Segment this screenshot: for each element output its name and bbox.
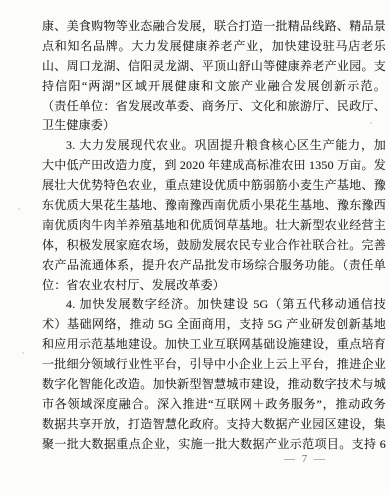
scan-speck xyxy=(370,122,372,124)
text-line: 持信阳“两湖”区域开展健康和文旅产业融合发展创新示范。 xyxy=(42,77,386,97)
text-line: 体，积极发展家庭农场，鼓励发展农民专业合作社联合社。完善 xyxy=(42,236,386,256)
text-line: 位：省农业农村厅、发展改革委） xyxy=(42,276,386,296)
text-line: 大中低产田改造力度，到 2020 年建成高标准农田 1350 万亩。发 xyxy=(42,156,386,176)
paragraph-digital-economy: 4. 加快发展数字经济。加快建设 5G（第五代移动通信技 术）基础网络，推动 5… xyxy=(42,295,386,454)
text-line: 展壮大优势特色农业，重点建设优质中筋弱筋小麦生产基地、豫 xyxy=(42,176,386,196)
text-line: 南优质肉牛肉羊养殖基地和优质饲草基地。壮大新型农业经营主 xyxy=(42,216,386,236)
scan-speck xyxy=(18,208,20,210)
page-number: — 7 — xyxy=(42,452,327,466)
text-line: 康、美食购物等业态融合发展，联合打造一批精品线路、精品景 xyxy=(42,17,386,37)
text-line: 点和知名品牌。大力发展健康养老产业，加快建设驻马店老乐 xyxy=(42,37,386,57)
scan-speck xyxy=(374,344,376,346)
document-body: 康、美食购物等业态融合发展，联合打造一批精品线路、精品景 点和知名品牌。大力发展… xyxy=(42,17,386,455)
paragraph-health-industry: 康、美食购物等业态融合发展，联合打造一批精品线路、精品景 点和知名品牌。大力发展… xyxy=(42,17,386,136)
text-line: 卫生健康委） xyxy=(42,116,386,136)
scan-speck xyxy=(22,352,24,354)
text-line: 4. 加快发展数字经济。加快建设 5G（第五代移动通信技 xyxy=(42,295,386,315)
text-line: 农产品流通体系，提升农产品批发市场综合服务功能。（责任单 xyxy=(42,256,386,276)
text-line: 山、周口龙湖、信阳灵龙湖、平顶山舒山等健康养老产业园。支 xyxy=(42,57,386,77)
text-line: 数字化智能化改造。加快新型智慧城市建设，推动数字技术与城 xyxy=(42,375,386,395)
text-line: 数据共享开放，打造智慧化政府。支持大数据产业园区建设，集 xyxy=(42,415,386,435)
text-line: 3. 大力发展现代农业。巩固提升粮食核心区生产能力，加 xyxy=(42,136,386,156)
scan-speck xyxy=(352,40,354,42)
text-line: 和应用示范基地建设。加快工业互联网基础设施建设，重点培育 xyxy=(42,335,386,355)
paragraph-modern-agriculture: 3. 大力发展现代农业。巩固提升粮食核心区生产能力，加 大中低产田改造力度，到 … xyxy=(42,136,386,295)
text-line: 一批细分领域行业性平台，引导中小企业上云上平台，推进企业 xyxy=(42,355,386,375)
text-line: 术）基础网络，推动 5G 全面商用，支持 5G 产业研发创新基地 xyxy=(42,315,386,335)
text-line: （责任单位：省发展改革委、商务厅、文化和旅游厅、民政厅、 xyxy=(42,97,386,117)
text-line: 市各领域深度融合。深入推进“互联网＋政务服务”，推动政务 xyxy=(42,395,386,415)
document-page: 康、美食购物等业态融合发展，联合打造一批精品线路、精品景 点和知名品牌。大力发展… xyxy=(0,0,389,495)
text-line: 东优质大果花生基地、豫南豫西南优质小果花生基地、豫东豫西 xyxy=(42,196,386,216)
